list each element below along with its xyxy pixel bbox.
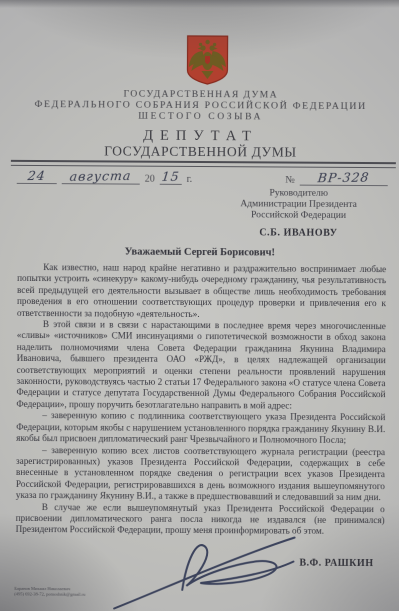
deputy-title: ДЕПУТАТ ГОСУДАРСТВЕННОЙ ДУМЫ <box>1 128 399 160</box>
date-day-field: 24 <box>17 168 57 184</box>
letter-sheet: ГОСУДАРСТВЕННАЯ ДУМА ФЕДЕРАЛЬНОГО СОБРАН… <box>0 0 399 611</box>
deputy-title-line2: ГОСУДАРСТВЕННОЙ ДУМЫ <box>1 143 399 160</box>
date-year-suffix: г. <box>187 174 193 185</box>
date-number-line: 24 августа 2015 г. № ВР-328 <box>17 168 388 186</box>
date-year-field: 15 <box>160 169 182 185</box>
number-group: № ВР-328 <box>285 170 388 187</box>
body-paragraph: Как известно, наш народ крайне негативно… <box>17 262 386 321</box>
date-year-prefix: 20 <box>145 174 155 185</box>
date-day-handwritten: 24 <box>27 168 47 183</box>
date-month-handwritten: августа <box>69 168 132 184</box>
body-paragraph: – заверенную копию с подлинника соответс… <box>16 410 385 446</box>
body-paragraph: В этой связи и в связи с нарастающими в … <box>16 319 386 413</box>
executor-contact: Баранов Михаил Николаевич (495) 692-38-7… <box>14 586 85 597</box>
number-label: № <box>285 175 295 186</box>
salutation: Уважаемый Сергей Борисович! <box>0 246 399 259</box>
executor-phone-email: (495) 692-38-72, pomoshnik@gmail.ru <box>14 591 85 597</box>
coat-of-arms-icon <box>185 35 229 85</box>
body-paragraph: – заверенную копию всех листов соответст… <box>16 444 385 503</box>
number-field: ВР-328 <box>300 170 388 187</box>
letter-body: Как известно, наш народ крайне негативно… <box>16 262 387 538</box>
handwritten-signature <box>106 527 341 610</box>
letterhead-divider <box>11 160 396 168</box>
date-group: 24 августа 2015 г. <box>17 168 192 185</box>
addressee-line3: Российской Федерации <box>213 210 385 222</box>
document-photo: ГОСУДАРСТВЕННАЯ ДУМА ФЕДЕРАЛЬНОГО СОБРАН… <box>0 0 399 611</box>
letterhead: ГОСУДАРСТВЕННАЯ ДУМА ФЕДЕРАЛЬНОГО СОБРАН… <box>1 88 399 160</box>
addressee-block: Руководителю Администрации Президента Ро… <box>212 188 384 240</box>
date-month-field: августа <box>62 168 140 184</box>
number-handwritten: ВР-328 <box>317 170 370 186</box>
date-year-handwritten: 15 <box>161 169 181 184</box>
addressee-name: С.Б. ИВАНОВУ <box>212 228 384 240</box>
